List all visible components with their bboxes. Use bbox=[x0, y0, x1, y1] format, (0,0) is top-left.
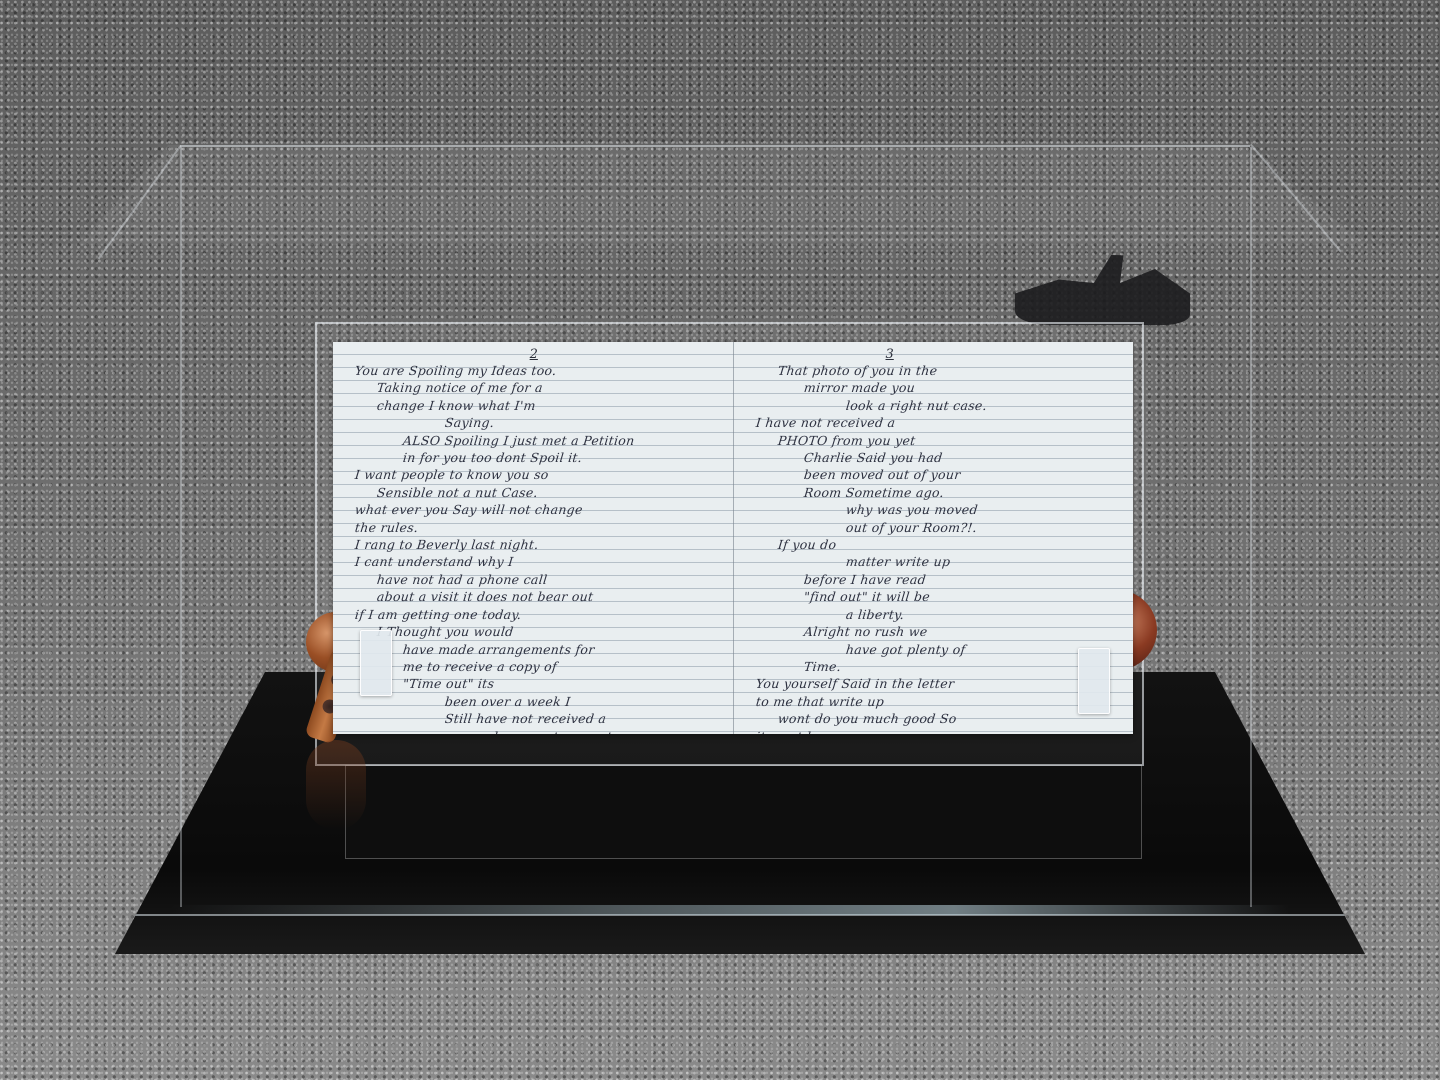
right-paper-clip bbox=[1078, 648, 1110, 714]
letter-line: if I am getting one today. bbox=[354, 606, 713, 623]
letter-line: out of your Room?!. bbox=[755, 519, 1114, 536]
base-edge-highlight bbox=[170, 905, 1290, 915]
letter-line: That photo of you in the bbox=[755, 362, 1114, 379]
letter-line: I have not received a bbox=[755, 414, 1114, 431]
letter-line: Charlie Said you had bbox=[755, 449, 1114, 466]
letter-line: Saying. bbox=[354, 414, 713, 431]
letter-line: why was you moved bbox=[755, 501, 1114, 518]
handwritten-letter: 2 You are Spoiling my Ideas too. Taking … bbox=[333, 342, 1133, 734]
letter-line: mirror made you bbox=[755, 379, 1114, 396]
letter-line: me to receive a copy of bbox=[354, 658, 713, 675]
letter-line: You yourself Said in the letter bbox=[755, 675, 1114, 692]
letter-line: wont do you much good So bbox=[755, 710, 1114, 727]
letter-page-2: 2 You are Spoiling my Ideas too. Taking … bbox=[333, 342, 734, 734]
letter-line: copy. why cannot you not bbox=[354, 728, 713, 734]
letter-line: been over a week I bbox=[354, 693, 713, 710]
letter-line: Room Sometime ago. bbox=[755, 484, 1114, 501]
left-paper-clip bbox=[360, 630, 392, 696]
letter-line: have made arrangements for bbox=[354, 641, 713, 658]
letter-line: change I know what I'm bbox=[354, 397, 713, 414]
letter-line: been moved out of your bbox=[755, 466, 1114, 483]
acrylic-case-back-right-corner bbox=[1250, 147, 1252, 907]
acrylic-case-top bbox=[78, 145, 1368, 245]
letter-line: have not had a phone call bbox=[354, 571, 713, 588]
letter-line: what ever you Say will not change bbox=[354, 501, 713, 518]
letter-line: the rules. bbox=[354, 519, 713, 536]
letter-line: before I have read bbox=[755, 571, 1114, 588]
letter-line: about a visit it does not bear out bbox=[354, 588, 713, 605]
letter-line: matter write up bbox=[755, 553, 1114, 570]
letter-line: I cant understand why I bbox=[354, 553, 713, 570]
letter-line: in for you too dont Spoil it. bbox=[354, 449, 713, 466]
letter-line: I want people to know you so bbox=[354, 466, 713, 483]
letter-line: a liberty. bbox=[755, 606, 1114, 623]
letter-line: look a right nut case. bbox=[755, 397, 1114, 414]
letter-line: Still have not received a bbox=[354, 710, 713, 727]
letter-line: to me that write up bbox=[755, 693, 1114, 710]
acrylic-case-back-left-corner bbox=[180, 147, 182, 907]
letter-line: Alright no rush we bbox=[755, 623, 1114, 640]
page-number: 2 bbox=[355, 348, 713, 362]
letter-line: Sensible not a nut Case. bbox=[354, 484, 713, 501]
letter-line: Time. bbox=[755, 658, 1114, 675]
inner-plinth bbox=[345, 765, 1142, 859]
letter-line: I Thought you would bbox=[354, 623, 713, 640]
letter-line: "Time out" its bbox=[354, 675, 713, 692]
page-number: 3 bbox=[756, 348, 1114, 362]
pipe-reflection bbox=[306, 740, 366, 830]
letter-line: I rang to Beverly last night. bbox=[354, 536, 713, 553]
letter-line: You are Spoiling my Ideas too. bbox=[354, 362, 713, 379]
letter-line: it must be very bbox=[755, 728, 1114, 734]
letter-line: ALSO Spoiling I just met a Petition bbox=[354, 432, 713, 449]
acrylic-case-back-edge bbox=[180, 145, 1250, 147]
letter-line: Taking notice of me for a bbox=[354, 379, 713, 396]
letter-page-3: 3 That photo of you in the mirror made y… bbox=[734, 342, 1134, 734]
letter-line: If you do bbox=[755, 536, 1114, 553]
letter-line: "find out" it will be bbox=[755, 588, 1114, 605]
letter-line: PHOTO from you yet bbox=[755, 432, 1114, 449]
letter-line: have got plenty of bbox=[755, 641, 1114, 658]
